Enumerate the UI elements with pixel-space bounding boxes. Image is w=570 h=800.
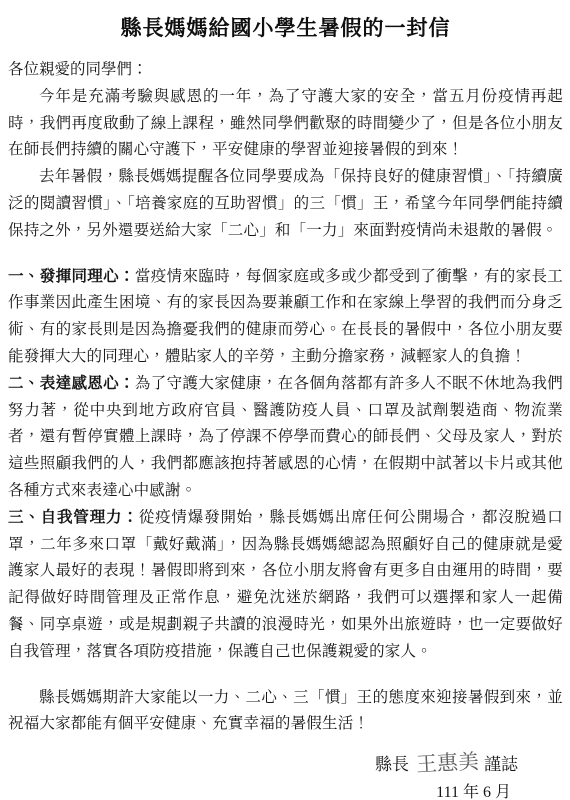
item-3-text: 從疫情爆發開始，縣長媽媽出席任何公開場合，都沒脫過口罩，二年多來口罩「戴好戴滿」…	[8, 509, 563, 660]
paragraph-item-gratitude: 二、表達感恩心：為了守護大家健康，在各個角落都有許多人不眠不休地為我們努力著，從…	[8, 371, 563, 505]
paragraph-closing: 縣長媽媽期許大家能以一力、二心、三「慣」王的態度來迎接暑假到來，並祝福大家都能有…	[8, 685, 563, 739]
item-2-text: 為了守護大家健康，在各個角落都有許多人不眠不休地為我們努力著，從中央到地方政府官…	[8, 375, 563, 499]
signature-block: 縣長王惠美謹誌	[8, 747, 563, 777]
item-3-heading: 三、自我管理力：	[8, 509, 139, 526]
letter-page: 縣長媽媽給國小學生暑假的一封信 各位親愛的同學們： 今年是充滿考驗與感恩的一年，…	[0, 0, 570, 800]
item-2-heading: 二、表達感恩心：	[8, 375, 135, 392]
letter-date: 111 年 6 月	[8, 779, 563, 800]
item-1-heading: 一、發揮同理心：	[8, 268, 135, 285]
paragraph-last-summer: 去年暑假，縣長媽媽提醒各位同學要成為「保持良好的健康習慣」、「持續廣泛的閱讀習慣…	[8, 164, 563, 244]
paragraph-item-self-management: 三、自我管理力：從疫情爆發開始，縣長媽媽出席任何公開場合，都沒脫過口罩，二年多來…	[8, 505, 563, 666]
letter-title: 縣長媽媽給國小學生暑假的一封信	[8, 12, 563, 42]
paragraph-item-empathy: 一、發揮同理心：當疫情來臨時，每個家庭或多或少都受到了衝擊，有的家長工作事業因此…	[8, 264, 563, 371]
signature-name-handwritten: 王惠美	[415, 745, 479, 778]
paragraph-intro: 今年是充滿考驗與感恩的一年，為了守護大家的安全，當五月份疫情再起時，我們再度啟動…	[8, 84, 563, 164]
signature-title-label: 縣長	[375, 755, 409, 774]
signature-suffix: 謹誌	[484, 755, 518, 774]
salutation: 各位親愛的同學們：	[8, 57, 563, 84]
